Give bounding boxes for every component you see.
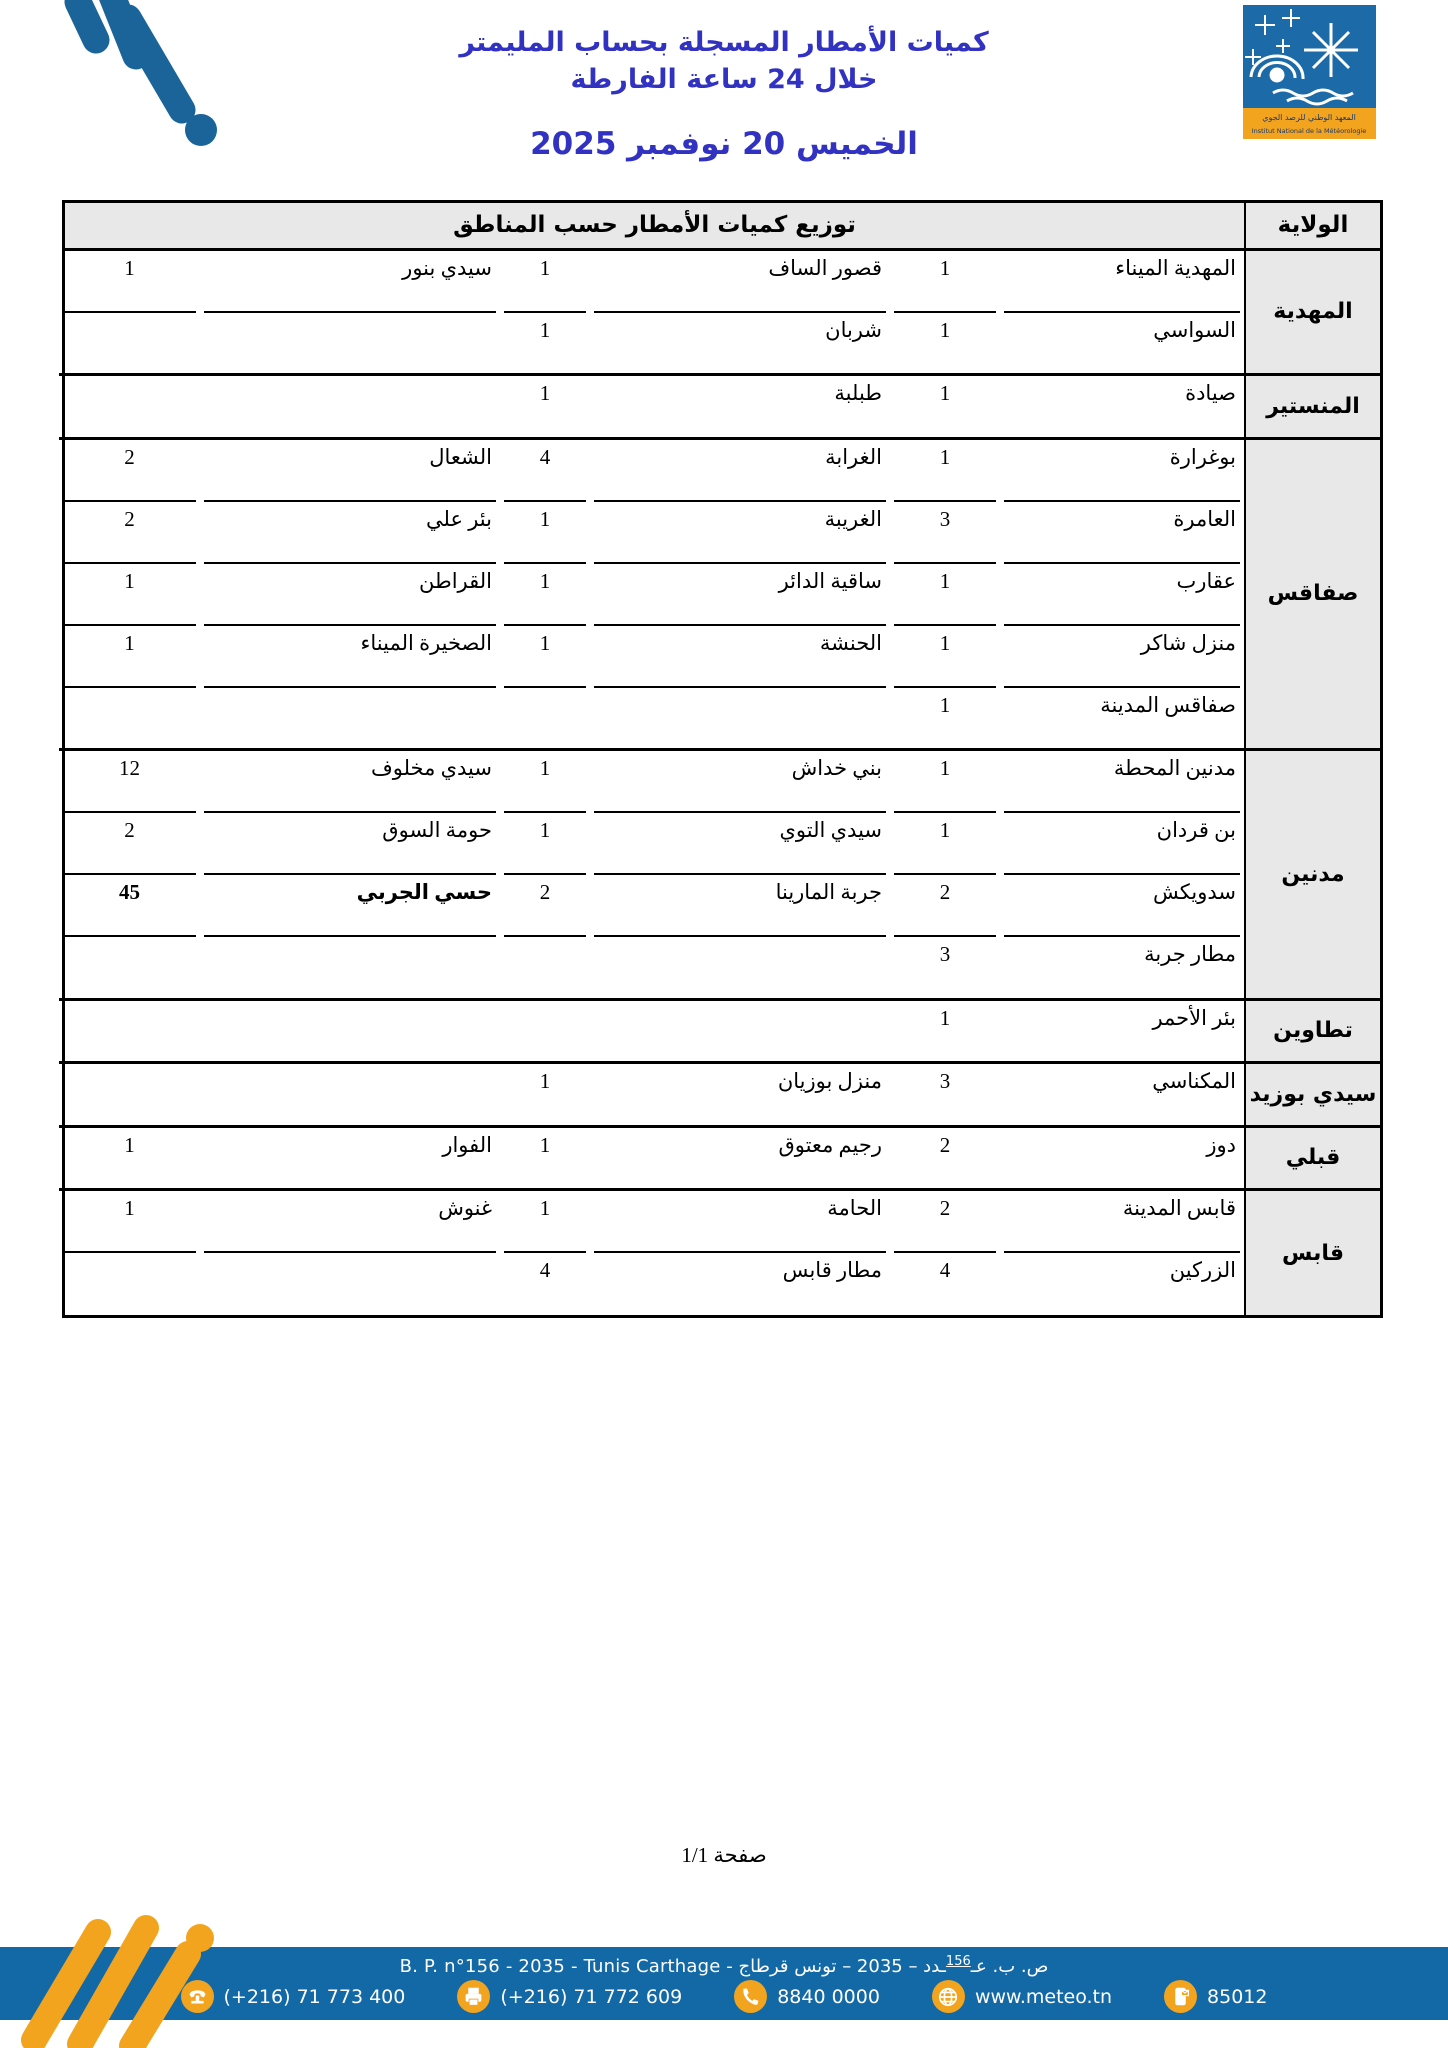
- value-cell: 1: [500, 502, 590, 564]
- station-cell: سيدي بنور: [200, 251, 500, 313]
- value-cell: 1: [59, 564, 200, 626]
- handset-icon: [734, 1980, 767, 2013]
- value-cell: 1: [59, 1191, 200, 1253]
- value-cell: 3: [890, 937, 1000, 999]
- station-cell: بني خداش: [590, 751, 890, 813]
- station-cell: [590, 1001, 890, 1063]
- value-cell: 1: [500, 1191, 590, 1253]
- inm-name-arabic: المعهد الوطني للرصد الجوي: [1262, 113, 1356, 122]
- station-cell: منزل شاكر: [1000, 626, 1245, 688]
- station-cell: مدنين المحطة: [1000, 751, 1245, 813]
- value-cell: [59, 688, 200, 750]
- value-cell: 1: [59, 1128, 200, 1190]
- governorate-group: مدنينمدنين المحطة1بني خداش1سيدي مخلوف12ب…: [59, 751, 1380, 1001]
- governorate-cell: قابس: [1245, 1191, 1380, 1315]
- report-date: الخميس 20 نوفمبر 2025: [0, 126, 1448, 162]
- table-header-row: الولاية توزيع كميات الأمطار حسب المناطق: [65, 203, 1380, 251]
- contact-item: www.meteo.tn: [932, 1980, 1112, 2013]
- value-cell: 2: [890, 875, 1000, 937]
- station-cell: سيدي التوي: [590, 813, 890, 875]
- station-cell: رجيم معتوق: [590, 1128, 890, 1190]
- value-cell: 1: [890, 751, 1000, 813]
- station-cell: مطار قابس: [590, 1253, 890, 1315]
- value-cell: 2: [890, 1191, 1000, 1253]
- station-cell: الفوار: [200, 1128, 500, 1190]
- station-cell: بن قردان: [1000, 813, 1245, 875]
- governorate-group: صفاقسبوغرارة1الغرابة4الشعال2العامرة3الغر…: [59, 440, 1380, 752]
- value-cell: [59, 937, 200, 999]
- station-cell: المهدية الميناء: [1000, 251, 1245, 313]
- station-cell: الغريبة: [590, 502, 890, 564]
- governorate-cell: تطاوين: [1245, 1001, 1380, 1063]
- station-cell: [200, 376, 500, 438]
- contact-item: (+216) 71 772 609: [457, 1980, 682, 2013]
- value-cell: [59, 313, 200, 375]
- station-cell: طبلبة: [590, 376, 890, 438]
- value-cell: 1: [890, 626, 1000, 688]
- value-cell: 1: [500, 376, 590, 438]
- station-cell: بئر الأحمر: [1000, 1001, 1245, 1063]
- station-cell: الزركين: [1000, 1253, 1245, 1315]
- report-title-line1: كميات الأمطار المسجلة بحساب المليمتر: [0, 24, 1448, 61]
- value-cell: [500, 937, 590, 999]
- governorate-group: قابسقابس المدينة2الحامة1غنوش1الزركين4مطا…: [59, 1191, 1380, 1315]
- governorate-cell: سيدي بوزيد: [1245, 1064, 1380, 1126]
- governorate-group: المنستيرصيادة1طبلبة1: [59, 376, 1380, 440]
- contact-item: 8840 0000: [734, 1980, 880, 2013]
- footer-address: ص. ب. عـ156ـدد – 2035 – تونس قرطاج - B. …: [0, 1947, 1448, 1977]
- station-cell: [200, 1001, 500, 1063]
- station-cell: [200, 937, 500, 999]
- footer-contacts: (+216) 71 773 400(+216) 71 772 6098840 0…: [0, 1980, 1448, 2013]
- contact-label: (+216) 71 772 609: [500, 1986, 682, 2008]
- value-cell: 3: [890, 1064, 1000, 1126]
- station-cell: السواسي: [1000, 313, 1245, 375]
- station-cell: [200, 1253, 500, 1315]
- value-cell: 1: [500, 751, 590, 813]
- contact-label: www.meteo.tn: [975, 1986, 1112, 2008]
- value-cell: 1: [890, 440, 1000, 502]
- station-cell: ساقية الدائر: [590, 564, 890, 626]
- address-french: B. P. n°156 - 2035 - Tunis Carthage: [400, 1956, 721, 1977]
- station-cell: قصور الساف: [590, 251, 890, 313]
- value-cell: 1: [500, 564, 590, 626]
- address-arabic-prefix: ص. ب. عـ: [971, 1956, 1049, 1977]
- station-cell: [590, 688, 890, 750]
- value-cell: 4: [500, 1253, 590, 1315]
- value-cell: 2: [890, 1128, 1000, 1190]
- station-cell: سيدي مخلوف: [200, 751, 500, 813]
- governorate-group: قبليدوز2رجيم معتوق1الفوار1: [59, 1128, 1380, 1192]
- value-cell: 2: [59, 813, 200, 875]
- station-cell: قابس المدينة: [1000, 1191, 1245, 1253]
- station-cell: حسي الجربي: [200, 875, 500, 937]
- governorate-group: تطاوينبئر الأحمر1: [59, 1001, 1380, 1065]
- value-cell: 1: [890, 1001, 1000, 1063]
- globe-icon: [932, 1980, 965, 2013]
- page-number: صفحة 1/1: [0, 1843, 1448, 1868]
- value-cell: 1: [59, 626, 200, 688]
- report-title-line2: خلال 24 ساعة الفارطة: [0, 61, 1448, 98]
- address-arabic-suffix: ـدد – 2035 – تونس قرطاج -: [726, 1956, 946, 1977]
- station-cell: الحنشة: [590, 626, 890, 688]
- station-cell: الغرابة: [590, 440, 890, 502]
- value-cell: 45: [59, 875, 200, 937]
- station-cell: صفاقس المدينة: [1000, 688, 1245, 750]
- governorate-cell: صفاقس: [1245, 440, 1380, 750]
- station-cell: الحامة: [590, 1191, 890, 1253]
- governorate-cell: مدنين: [1245, 751, 1380, 999]
- value-cell: 1: [890, 564, 1000, 626]
- station-cell: القراطن: [200, 564, 500, 626]
- station-cell: غنوش: [200, 1191, 500, 1253]
- report-page: { "header": { "title_line1": "كميات الأم…: [0, 0, 1448, 2048]
- value-cell: 1: [500, 313, 590, 375]
- value-cell: 2: [59, 440, 200, 502]
- value-cell: [59, 1001, 200, 1063]
- station-cell: سدويكش: [1000, 875, 1245, 937]
- station-cell: العامرة: [1000, 502, 1245, 564]
- station-cell: صيادة: [1000, 376, 1245, 438]
- station-cell: [200, 688, 500, 750]
- report-header: كميات الأمطار المسجلة بحساب المليمتر خلا…: [0, 24, 1448, 162]
- station-cell: حومة السوق: [200, 813, 500, 875]
- value-cell: 4: [890, 1253, 1000, 1315]
- governorate-group: المهديةالمهدية الميناء1قصور الساف1سيدي ب…: [59, 251, 1380, 377]
- value-cell: 2: [59, 502, 200, 564]
- station-cell: دوز: [1000, 1128, 1245, 1190]
- value-cell: 1: [890, 251, 1000, 313]
- inm-logo: المعهد الوطني للرصد الجوي Institut Natio…: [1243, 5, 1376, 139]
- value-cell: [500, 688, 590, 750]
- value-cell: 1: [500, 626, 590, 688]
- value-cell: [500, 1001, 590, 1063]
- telephone-icon: [181, 1980, 214, 2013]
- contact-label: 85012: [1207, 1986, 1267, 2008]
- station-cell: الشعال: [200, 440, 500, 502]
- contact-item: (+216) 71 773 400: [181, 1980, 406, 2013]
- rain-table-body: المهديةالمهدية الميناء1قصور الساف1سيدي ب…: [65, 251, 1380, 1316]
- station-cell: شربان: [590, 313, 890, 375]
- value-cell: 12: [59, 751, 200, 813]
- value-cell: 3: [890, 502, 1000, 564]
- governorate-column-header: الولاية: [1245, 203, 1380, 249]
- value-cell: 1: [500, 813, 590, 875]
- station-cell: المكناسي: [1000, 1064, 1245, 1126]
- value-cell: 4: [500, 440, 590, 502]
- contact-label: 8840 0000: [777, 1986, 880, 2008]
- inm-name-french: Institut National de la Météorologie: [1252, 127, 1367, 135]
- value-cell: 1: [59, 251, 200, 313]
- value-cell: 1: [890, 376, 1000, 438]
- station-cell: جربة المارينا: [590, 875, 890, 937]
- station-cell: منزل بوزيان: [590, 1064, 890, 1126]
- value-cell: 1: [500, 1128, 590, 1190]
- regions-title-header: توزيع كميات الأمطار حسب المناطق: [65, 203, 1245, 249]
- station-cell: بوغرارة: [1000, 440, 1245, 502]
- value-cell: 1: [890, 688, 1000, 750]
- value-cell: 1: [500, 251, 590, 313]
- station-cell: بئر علي: [200, 502, 500, 564]
- address-box-number: 156: [946, 1954, 971, 1969]
- mobile-icon: [1164, 1980, 1197, 2013]
- value-cell: 1: [890, 313, 1000, 375]
- station-cell: الصخيرة الميناء: [200, 626, 500, 688]
- value-cell: 2: [500, 875, 590, 937]
- station-cell: عقارب: [1000, 564, 1245, 626]
- station-cell: مطار جربة: [1000, 937, 1245, 999]
- station-cell: [200, 313, 500, 375]
- value-cell: [59, 1253, 200, 1315]
- fax-icon: [457, 1980, 490, 2013]
- footer-band: ص. ب. عـ156ـدد – 2035 – تونس قرطاج - B. …: [0, 1947, 1448, 2020]
- value-cell: 1: [500, 1064, 590, 1126]
- rainfall-table: الولاية توزيع كميات الأمطار حسب المناطق …: [62, 200, 1383, 1318]
- governorate-cell: المهدية: [1245, 251, 1380, 375]
- value-cell: 1: [890, 813, 1000, 875]
- contact-item: 85012: [1164, 1980, 1267, 2013]
- value-cell: [59, 1064, 200, 1126]
- governorate-cell: المنستير: [1245, 376, 1380, 438]
- governorate-cell: قبلي: [1245, 1128, 1380, 1190]
- station-cell: [590, 937, 890, 999]
- station-cell: [200, 1064, 500, 1126]
- contact-label: (+216) 71 773 400: [224, 1986, 406, 2008]
- governorate-group: سيدي بوزيدالمكناسي3منزل بوزيان1: [59, 1064, 1380, 1128]
- value-cell: [59, 376, 200, 438]
